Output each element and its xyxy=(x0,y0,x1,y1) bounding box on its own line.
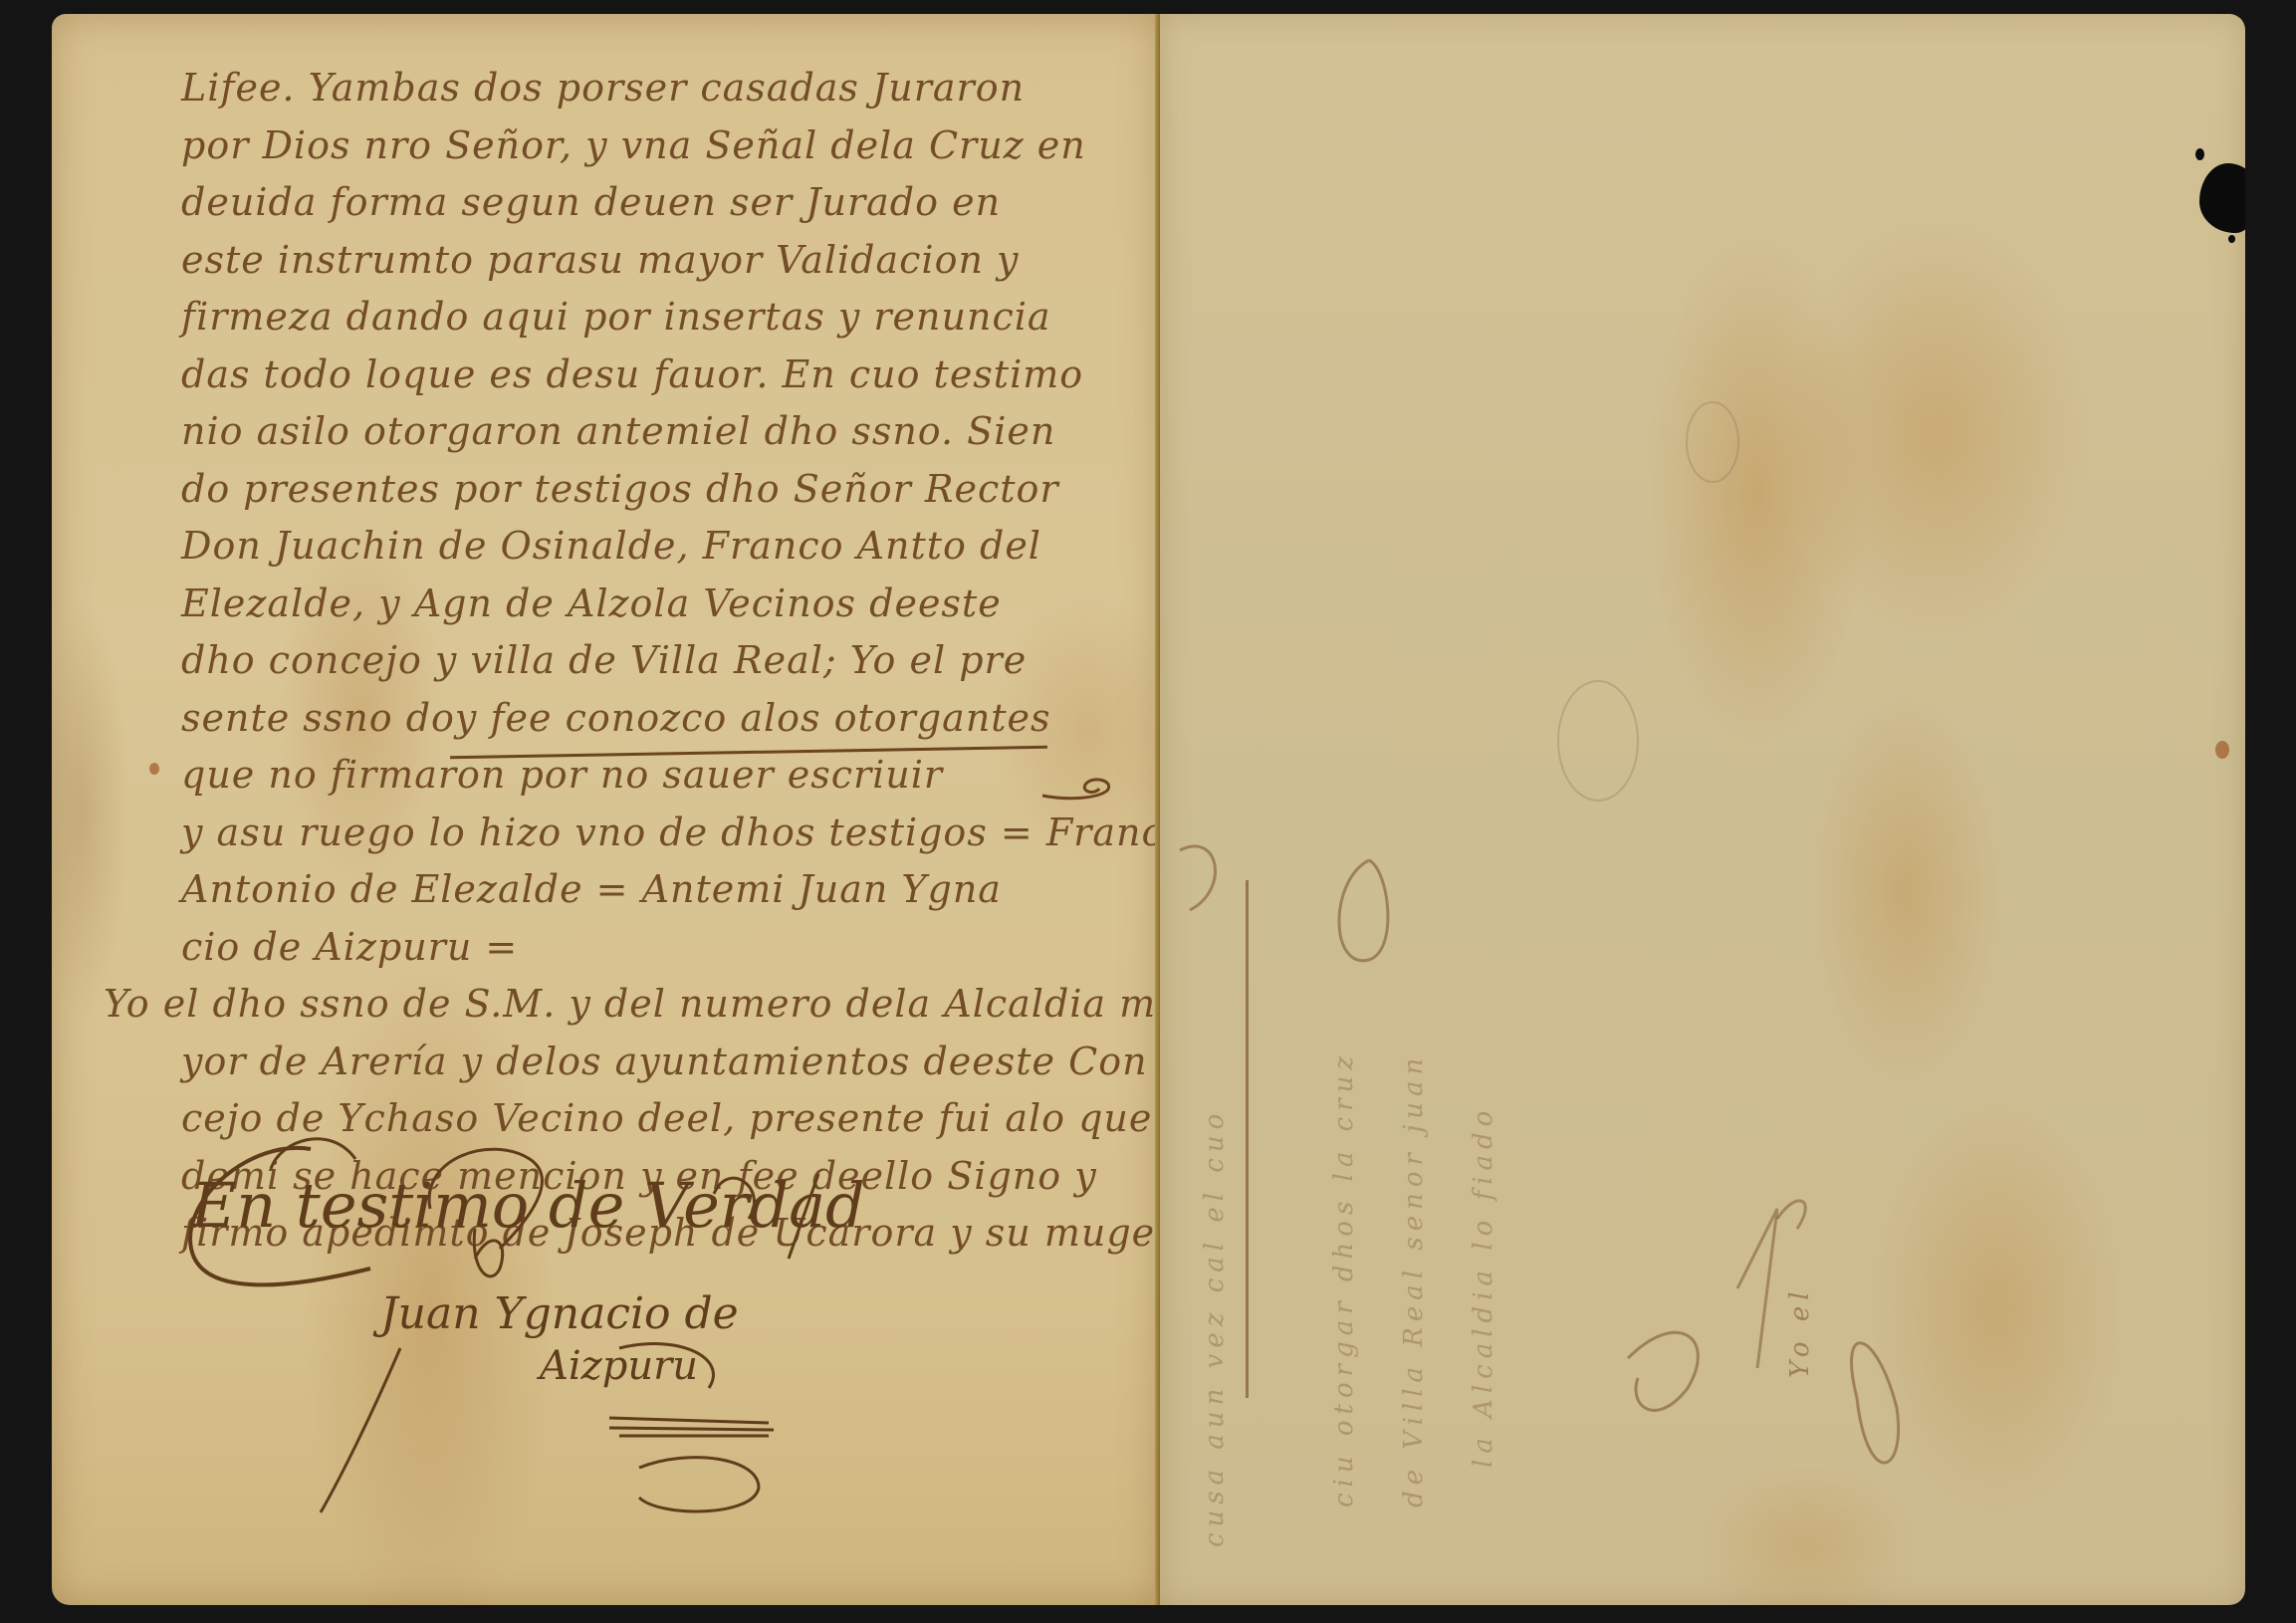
ink-blot-hole xyxy=(2199,163,2245,233)
bleed-through-flourishes xyxy=(1160,14,2245,1605)
text-line: Elezalde, y Agn de Alzola Vecinos deeste xyxy=(181,576,1137,633)
right-page: cusa aun vez cal el cuo ciu otorgar dhos… xyxy=(1160,14,2245,1605)
bleed-through-column: cusa aun vez cal el cuo xyxy=(1200,870,1230,1547)
ink-dot xyxy=(2228,235,2235,243)
notary-signature: En testimo de Verdad Juan Ygnacio de Aiz… xyxy=(171,1119,888,1517)
ink-dot xyxy=(2195,148,2204,160)
marginal-note: Yo el xyxy=(1785,1219,1815,1378)
text-line: cio de Aizpuru = xyxy=(181,919,1137,977)
text-line: Don Juachin de Osinalde, Franco Antto de… xyxy=(181,518,1137,576)
manuscript-spread: Lifee. Yambas dos porser casadas Juraron… xyxy=(52,14,2245,1605)
signature-name-line-2: Aizpuru xyxy=(540,1343,698,1389)
text-line: deuida forma segun deuen ser Jurado en xyxy=(181,174,1137,232)
ink-spot xyxy=(2215,741,2229,759)
text-line: dho concejo y villa de Villa Real; Yo el… xyxy=(181,632,1137,690)
ink-spot xyxy=(149,763,159,775)
text-line: das todo loque es desu fauor. En cuo tes… xyxy=(181,347,1137,404)
text-line: do presentes por testigos dho Señor Rect… xyxy=(181,461,1137,519)
bleed-through-column: de Villa Real senor juan xyxy=(1399,890,1429,1507)
left-page: Lifee. Yambas dos porser casadas Juraron… xyxy=(52,14,1160,1605)
manuscript-body: Lifee. Yambas dos porser casadas Juraron… xyxy=(181,60,1137,1263)
text-line: este instrumto parasu mayor Validacion y xyxy=(181,232,1137,290)
text-line: que no firmaron por no sauer escriuir xyxy=(181,747,1137,805)
text-line: Lifee. Yambas dos porser casadas Juraron xyxy=(181,60,1137,117)
bleed-through-column: ciu otorgar dhos la cruz xyxy=(1329,870,1359,1507)
text-line: Antonio de Elezalde = Antemi Juan Ygna xyxy=(181,861,1137,919)
signature-attestation: En testimo de Verdad xyxy=(191,1169,865,1242)
text-line: y asu ruego lo hizo vno de dhos testigos… xyxy=(181,805,1137,862)
text-line: firmeza dando aqui por insertas y renunc… xyxy=(181,289,1137,347)
bleed-through-rule xyxy=(1246,880,1249,1398)
bleed-through-column: la Alcaldia lo fiado xyxy=(1469,910,1498,1468)
text-line: sente ssno doy fee conozco alos otorgant… xyxy=(181,690,1137,748)
attestation-line: Yo el dho ssno de S.M. y del numero dela… xyxy=(104,976,1137,1034)
text-line: nio asilo otorgaron antemiel dho ssno. S… xyxy=(181,403,1137,461)
text-line: por Dios nro Señor, y vna Señal dela Cru… xyxy=(181,117,1137,175)
attestation-line: yor de Arería y delos ayuntamientos dees… xyxy=(181,1034,1137,1091)
signature-name-line-1: Juan Ygnacio de xyxy=(380,1288,739,1339)
